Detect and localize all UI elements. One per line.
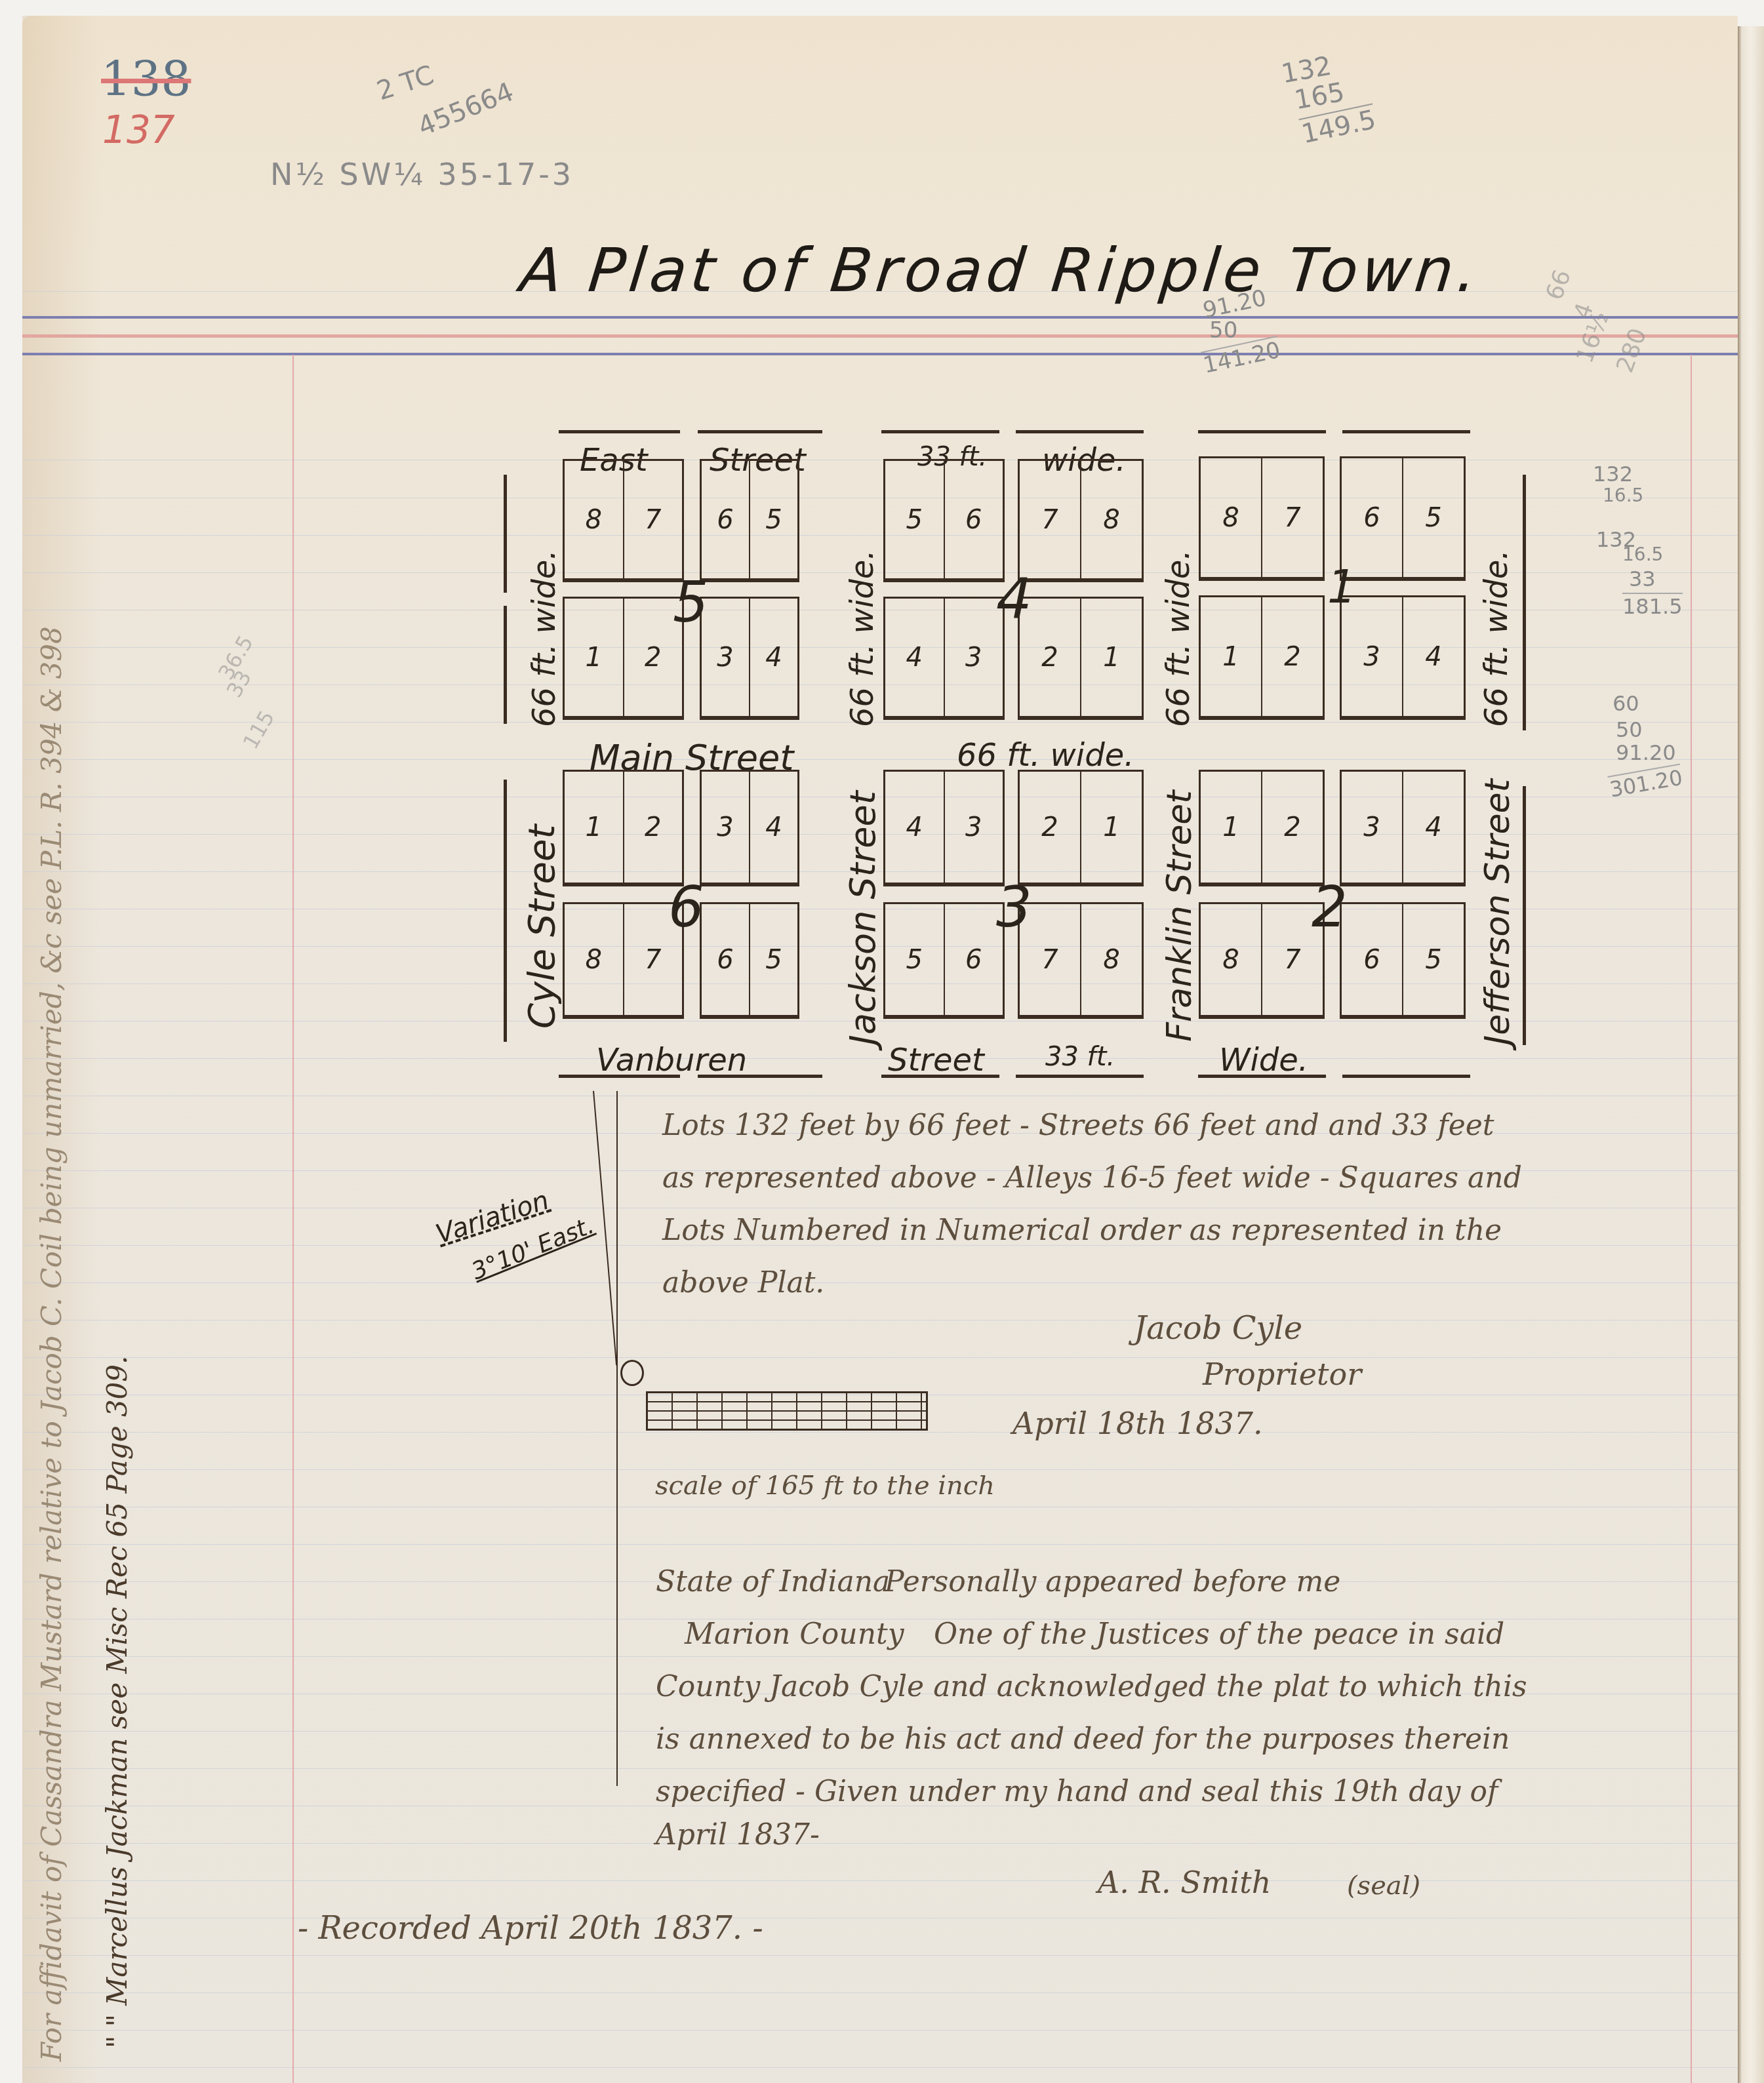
lot: 5 — [749, 461, 797, 578]
lot: 6 — [944, 461, 1003, 578]
lot: 1 — [1201, 772, 1261, 883]
lot: 3 — [702, 599, 749, 716]
lot: 4 — [885, 599, 944, 716]
lot: 4 — [1402, 772, 1464, 883]
square-1-block-ne: 65 — [1340, 456, 1466, 581]
new-page-number: 137 — [102, 108, 175, 152]
main-street-width: 66 ft. wide. — [957, 737, 1134, 774]
square-number-1: 1 — [1327, 560, 1357, 614]
lot: 1 — [565, 772, 623, 883]
square-4-block-sw: 43 — [883, 597, 1005, 720]
vanburen-street-suffix: Street — [888, 1042, 984, 1079]
margin-note-jackman: " " Marcellus Jackman see Misc Rec 65 Pa… — [101, 1356, 133, 2048]
lot: 3 — [1342, 772, 1402, 883]
lot: 5 — [749, 904, 797, 1015]
right-margin-line — [1691, 355, 1692, 2083]
margin-note-affidavit: For affidavit of Cassandra Mustard relat… — [35, 626, 68, 2061]
lot: 8 — [1080, 461, 1142, 578]
square-number-3: 3 — [996, 875, 1032, 940]
square-4-block-se: 21 — [1018, 597, 1144, 720]
lot: 3 — [944, 772, 1003, 883]
square-6-block-ne: 34 — [700, 770, 799, 886]
square-3-block-ne: 21 — [1018, 770, 1144, 886]
lot: 6 — [944, 904, 1003, 1015]
lot: 6 — [702, 904, 749, 1015]
lot: 4 — [749, 772, 797, 883]
lot: 7 — [1261, 458, 1323, 577]
square-number-6: 6 — [668, 875, 704, 940]
meridian-origin-circle — [620, 1360, 644, 1386]
square-number-5: 5 — [673, 570, 709, 635]
lot: 4 — [885, 772, 944, 883]
street-width-left-upper: 66 ft. wide. — [526, 550, 563, 727]
lot: 2 — [1261, 772, 1323, 883]
lot: 1 — [1080, 772, 1142, 883]
header-rule-pink — [22, 334, 1738, 338]
lot: 8 — [565, 904, 623, 1015]
square-6-block-nw: 12 — [563, 770, 684, 886]
header-rule-blue-top — [22, 316, 1738, 319]
lot: 7 — [1020, 461, 1080, 578]
lot: 5 — [1402, 904, 1464, 1015]
ledger-page: 138 137 2 TC 455664 N½ SW¼ 35-17-3 132 1… — [22, 16, 1738, 2083]
square-1-block-sw: 12 — [1199, 595, 1325, 720]
lot: 2 — [1261, 597, 1323, 716]
lot: 8 — [1080, 904, 1142, 1015]
plat-title: A Plat of Broad Ripple Town. — [517, 235, 1484, 306]
justice-signature: A. R. Smith — [1098, 1845, 1271, 1920]
lot: 5 — [885, 904, 944, 1015]
pencil-ref-code: 2 TC — [373, 60, 437, 106]
lot: 6 — [702, 461, 749, 578]
book-binding-edge — [1738, 26, 1764, 2083]
square-6-block-sw: 87 — [563, 902, 684, 1019]
square-4-block-nw: 56 — [883, 459, 1005, 582]
lot: 3 — [944, 599, 1003, 716]
square-3-block-sw: 56 — [883, 902, 1005, 1019]
square-3-block-se: 78 — [1018, 902, 1144, 1019]
square-5-block-nw: 87 — [563, 459, 684, 582]
seal-note: (seal) — [1347, 1848, 1420, 1923]
square-5-block-ne: 65 — [700, 459, 799, 582]
lot: 8 — [565, 461, 623, 578]
street-width-right-upper: 66 ft. wide. — [1478, 550, 1515, 727]
square-3-block-nw: 43 — [883, 770, 1005, 886]
lot: 3 — [702, 772, 749, 883]
recorded-date: - Recorded April 20th 1837. - — [298, 1891, 763, 1966]
legal-description: N½ SW¼ 35-17-3 — [270, 157, 574, 192]
franklin-street-label: Franklin Street — [1160, 790, 1199, 1042]
lot: 3 — [1342, 597, 1402, 716]
square-2-block-sw: 87 — [1199, 902, 1325, 1019]
lot: 2 — [623, 772, 683, 883]
lot: 2 — [1020, 772, 1080, 883]
square-number-4: 4 — [996, 566, 1032, 632]
left-margin-line — [292, 355, 294, 2083]
lot: 5 — [885, 461, 944, 578]
jefferson-street-label: Jefferson Street — [1478, 779, 1517, 1045]
plat-date: April 18th 1837. — [1012, 1386, 1263, 1461]
street-width-col3-upper: 66 ft. wide. — [1160, 550, 1197, 727]
lot: 4 — [749, 599, 797, 716]
square-2-block-ne: 34 — [1340, 770, 1466, 886]
scale-note: scale of 165 ft to the inch — [655, 1448, 995, 1523]
lot: 5 — [1402, 458, 1464, 577]
square-number-2: 2 — [1312, 875, 1348, 940]
square-1-block-nw: 87 — [1199, 456, 1325, 581]
lot: 4 — [1402, 597, 1464, 716]
street-width-col2-upper: 66 ft. wide. — [844, 550, 881, 727]
scale-bar — [646, 1391, 928, 1431]
header-rule-blue-bottom — [22, 353, 1738, 355]
lot: 8 — [1201, 904, 1261, 1015]
lot: 8 — [1201, 458, 1261, 577]
vanburen-street-label: Vanburen — [596, 1042, 747, 1079]
cyle-street-label: Cyle Street — [521, 825, 563, 1029]
square-4-block-ne: 78 — [1018, 459, 1144, 582]
lot: 1 — [1080, 599, 1142, 716]
lot: 7 — [623, 461, 683, 578]
square-1-block-se: 34 — [1340, 595, 1466, 720]
lot: 6 — [1342, 458, 1402, 577]
vanburen-width-33ft: 33 ft. — [1045, 1042, 1115, 1072]
square-2-block-nw: 12 — [1199, 770, 1325, 886]
square-5-block-sw: 12 — [563, 597, 684, 720]
square-5-block-se: 34 — [700, 597, 799, 720]
square-2-block-se: 65 — [1340, 902, 1466, 1019]
lot: 1 — [1201, 597, 1261, 716]
old-page-number: 138 — [101, 52, 191, 107]
lot: 1 — [565, 599, 623, 716]
square-6-block-se: 65 — [700, 902, 799, 1019]
lot: 6 — [1342, 904, 1402, 1015]
vanburen-width-wide: Wide. — [1219, 1042, 1308, 1079]
jackson-street-label: Jackson Street — [842, 791, 883, 1045]
